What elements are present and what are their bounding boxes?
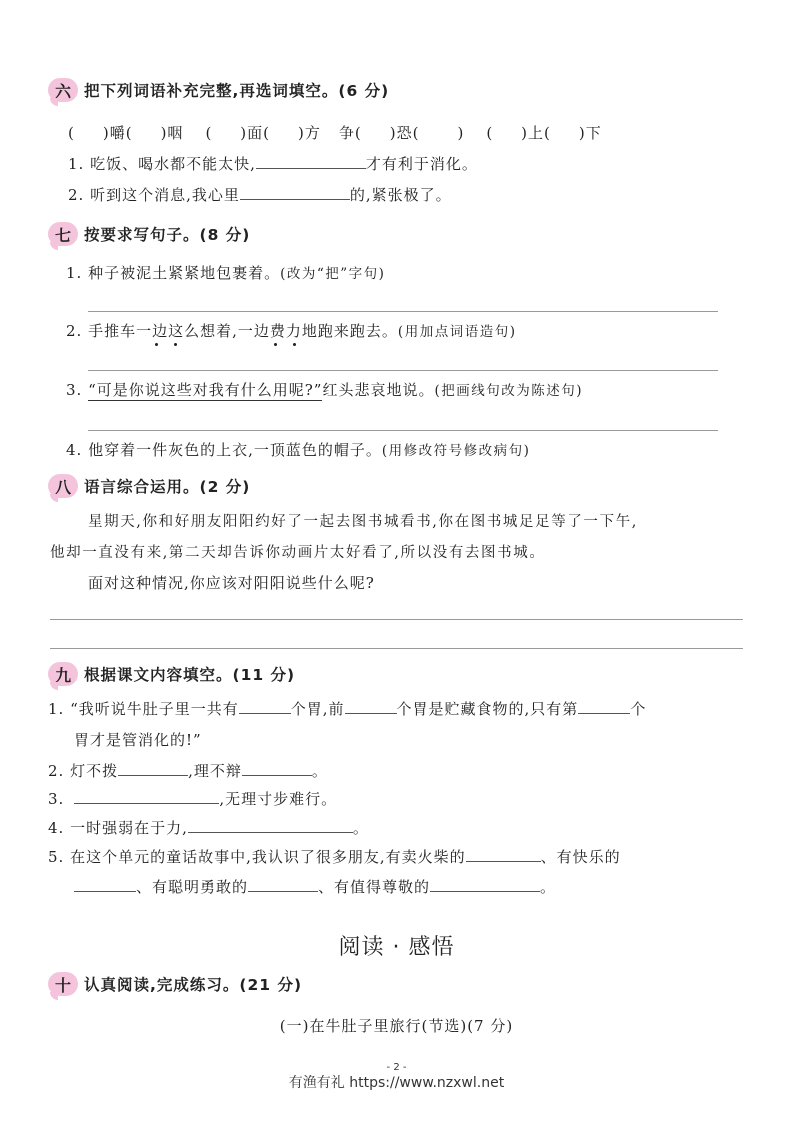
q-text: 1. 吃饭、喝水都不能太快, xyxy=(68,155,256,173)
section-9-q4: 4. 一时强弱在于力,。 xyxy=(48,817,369,838)
answer-blank[interactable] xyxy=(466,847,541,862)
section-7-badge: 七 xyxy=(48,222,78,246)
answer-blank[interactable] xyxy=(256,154,366,169)
q-text: 红头悲哀地说。 xyxy=(322,381,434,399)
word-blank-8[interactable]: )上( xyxy=(521,124,551,142)
emphasis-dot xyxy=(155,343,158,346)
q-text: 。 xyxy=(353,819,369,837)
answer-blank[interactable] xyxy=(242,761,312,776)
answer-blank[interactable] xyxy=(74,877,136,892)
section-7-q4: 4. 他穿着一件灰色的上衣,一顶蓝色的帽子。(用修改符号修改病句) xyxy=(66,439,530,460)
answer-blank[interactable] xyxy=(345,699,397,714)
section-7-header: 七 按要求写句子。(8 分) xyxy=(48,222,250,246)
section-9-badge: 九 xyxy=(48,662,78,686)
q-text: 1. “我听说牛肚子里一共有 xyxy=(48,700,239,718)
q-text: 5. 在这个单元的童话故事中,我认识了很多朋友,有卖火柴的 xyxy=(48,848,466,866)
section-9-q2: 2. 灯不拨,理不辩。 xyxy=(48,760,328,781)
answer-line-5[interactable] xyxy=(50,648,743,649)
q-text: 。 xyxy=(312,762,328,780)
q-text: 、有快乐的 xyxy=(541,848,621,866)
word-blank-2[interactable]: )嚼( xyxy=(103,124,133,142)
section-10-title: 认真阅读,完成练习。(21 分) xyxy=(84,973,302,995)
answer-blank[interactable] xyxy=(239,699,291,714)
section-9-q5-cont: 、有聪明勇敢的、有值得尊敬的。 xyxy=(74,876,556,897)
q-text: 才有利于消化。 xyxy=(366,155,478,173)
section-7-title: 按要求写句子。(8 分) xyxy=(84,223,250,245)
section-8-title: 语言综合运用。(2 分) xyxy=(84,475,250,497)
q-text: 4. 他穿着一件灰色的上衣,一顶蓝色的帽子。 xyxy=(66,441,382,459)
section-7-q1: 1. 种子被泥土紧紧地包裹着。(改为“把”字句) xyxy=(66,262,385,283)
q-text: 4. 一时强弱在于力, xyxy=(48,819,188,837)
emphasis-dot xyxy=(274,343,277,346)
q-text: 个 xyxy=(630,700,646,718)
answer-line-4[interactable] xyxy=(50,619,743,620)
q-text: 费力地跑来跑去。 xyxy=(270,322,398,340)
q-hint: (把画线句改为陈述句) xyxy=(435,383,584,399)
q-text: 1. 种子被泥土紧紧地包裹着。 xyxy=(66,264,280,282)
q-text: 的,紧张极了。 xyxy=(350,186,452,204)
word-part: )方 xyxy=(298,124,321,142)
section-6-badge: 六 xyxy=(48,78,78,102)
section-7-q3: 3. “可是你说这些对我有什么用呢?”红头悲哀地说。(把画线句改为陈述句) xyxy=(66,379,583,400)
word-blank-5[interactable]: 争( xyxy=(339,124,362,142)
word-row: ()嚼()咽()面()方争()恐()()上()下 xyxy=(68,122,602,143)
word-blank-3[interactable]: ( xyxy=(205,124,212,142)
q-text: 个胃是贮藏食物的,只有第 xyxy=(397,700,579,718)
section-6-title: 把下列词语补充完整,再选词填空。(6 分) xyxy=(84,79,389,101)
answer-blank[interactable] xyxy=(74,789,219,804)
dotted-word: 一边 xyxy=(136,322,168,340)
word-part: ) xyxy=(457,124,464,142)
answer-blank[interactable] xyxy=(118,761,188,776)
q-text: 个胃,前 xyxy=(291,700,345,718)
q-text: 、有聪明勇敢的 xyxy=(136,878,248,896)
answer-blank[interactable] xyxy=(578,699,630,714)
word-blank-4[interactable]: )面( xyxy=(240,124,270,142)
q-text: 这么想着, xyxy=(168,322,238,340)
section-8-para1-line1: 星期天,你和好朋友阳阳约好了一起去图书城看书,你在图书城足足等了一下午, xyxy=(88,510,638,531)
section-9-q1-cont: 胃才是管消化的!” xyxy=(74,729,202,750)
emphasis-dot xyxy=(174,343,177,346)
section-9-title: 根据课文内容填空。(11 分) xyxy=(84,663,295,685)
q-num: 3. xyxy=(48,790,64,808)
answer-blank[interactable] xyxy=(248,877,318,892)
word-blank-6[interactable]: )恐( xyxy=(390,124,420,142)
q-hint: (用加点词语造句) xyxy=(398,324,517,340)
q-text: ,无理寸步难行。 xyxy=(219,790,337,808)
answer-blank[interactable] xyxy=(188,818,353,833)
section-8-badge: 八 xyxy=(48,474,78,498)
word-part: )咽 xyxy=(161,124,184,142)
section-9-q3: 3.,无理寸步难行。 xyxy=(48,788,337,809)
reading-heading: 阅读 · 感悟 xyxy=(0,930,793,961)
q-text: 2. 手推车 xyxy=(66,322,136,340)
q-text: 、有值得尊敬的 xyxy=(318,878,430,896)
answer-line-1[interactable] xyxy=(88,311,718,312)
section-6-header: 六 把下列词语补充完整,再选词填空。(6 分) xyxy=(48,78,389,102)
section-9-q1: 1. “我听说牛肚子里一共有个胃,前个胃是贮藏食物的,只有第个 xyxy=(48,698,646,719)
section-6-q2: 2. 听到这个消息,我心里的,紧张极了。 xyxy=(68,184,452,205)
answer-line-3[interactable] xyxy=(88,430,718,431)
section-10-header: 十 认真阅读,完成练习。(21 分) xyxy=(48,972,302,996)
q-text: 2. 听到这个消息,我心里 xyxy=(68,186,240,204)
dotted-word: 一边 xyxy=(238,322,270,340)
reading-subtitle: (一)在牛肚子里旅行(节选)(7 分) xyxy=(0,1015,793,1036)
word-blank-7[interactable]: ( xyxy=(486,124,493,142)
q-text: 。 xyxy=(540,878,556,896)
section-8-header: 八 语言综合运用。(2 分) xyxy=(48,474,250,498)
q-hint: (用修改符号修改病句) xyxy=(382,443,531,459)
answer-blank[interactable] xyxy=(430,877,540,892)
answer-line-2[interactable] xyxy=(88,370,718,371)
answer-blank[interactable] xyxy=(240,185,350,200)
section-10-badge: 十 xyxy=(48,972,78,996)
section-6-q1: 1. 吃饭、喝水都不能太快,才有利于消化。 xyxy=(68,153,478,174)
q-text: ,理不辩 xyxy=(188,762,242,780)
q-text: 2. 灯不拨 xyxy=(48,762,118,780)
section-9-header: 九 根据课文内容填空。(11 分) xyxy=(48,662,295,686)
emphasis-dot xyxy=(293,343,296,346)
section-8-para2: 面对这种情况,你应该对阳阳说些什么呢? xyxy=(88,572,375,593)
section-8-para1-line2: 他却一直没有来,第二天却告诉你动画片太好看了,所以没有去图书城。 xyxy=(50,541,545,562)
section-9-q5: 5. 在这个单元的童话故事中,我认识了很多朋友,有卖火柴的、有快乐的 xyxy=(48,846,621,867)
q-hint: (改为“把”字句) xyxy=(280,266,385,282)
word-blank-1[interactable]: ( xyxy=(68,124,75,142)
underlined-sentence: “可是你说这些对我有什么用呢?” xyxy=(88,381,322,401)
word-part: )下 xyxy=(579,124,602,142)
watermark: 有渔有礼 https://www.nzxwl.net xyxy=(0,1072,793,1092)
q-num: 3. xyxy=(66,381,88,399)
section-7-q2: 2. 手推车一边这么想着,一边费力地跑来跑去。(用加点词语造句) xyxy=(66,320,516,341)
